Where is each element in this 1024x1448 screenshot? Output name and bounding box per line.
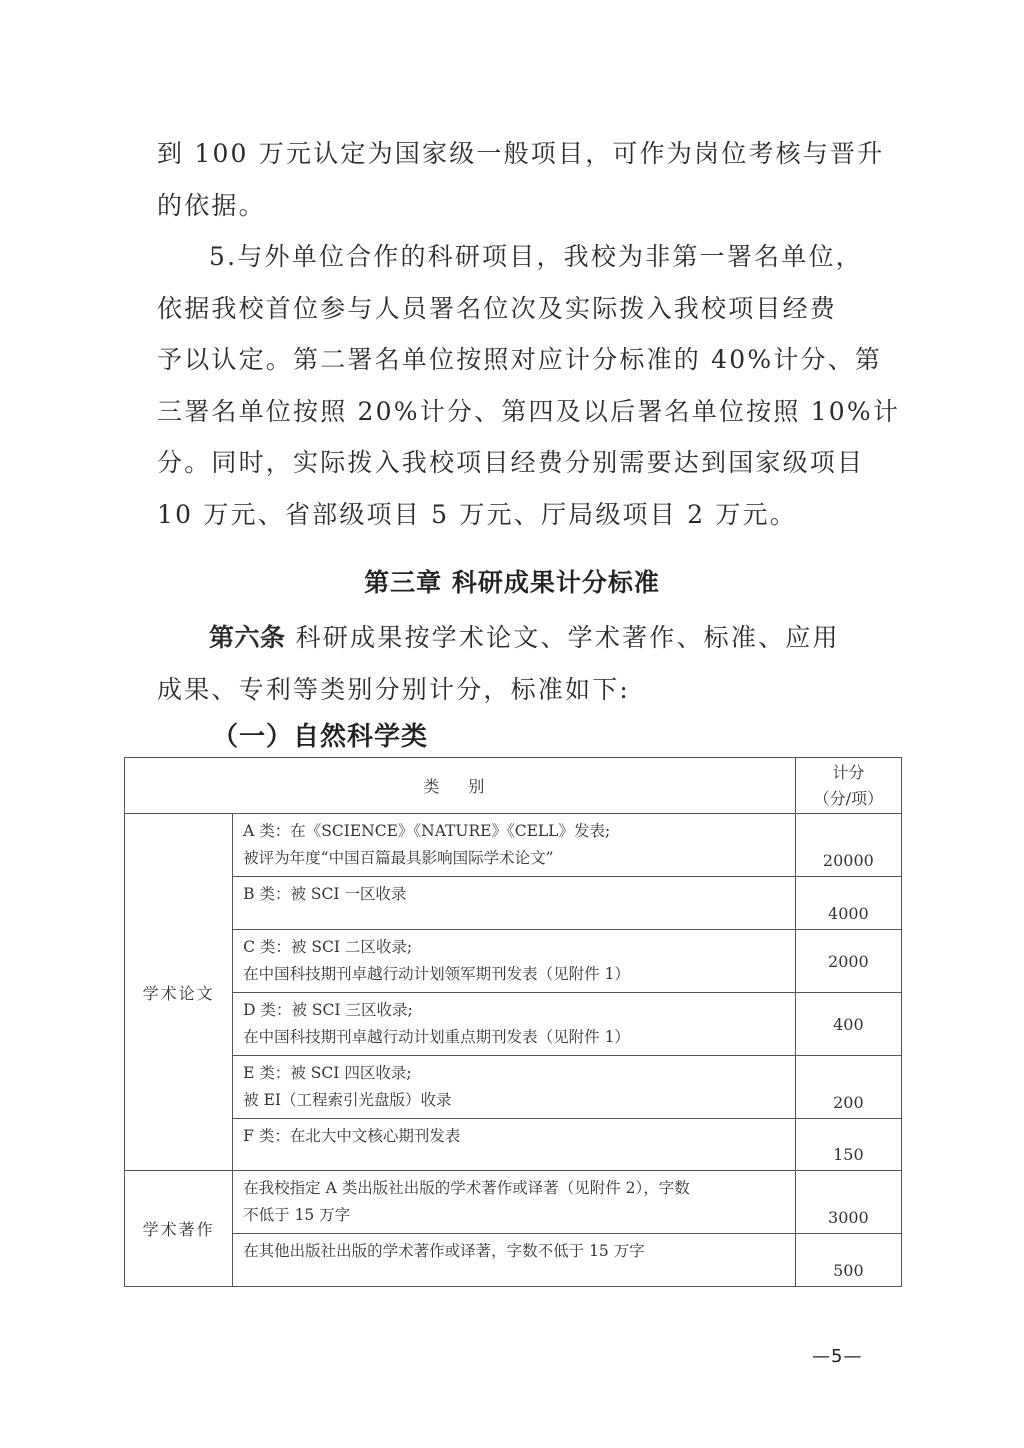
article-six: 第六条 科研成果按学术论文、学术著作、标准、应用 成果、专利等类别分别计分，标准… (157, 612, 877, 715)
page-number: —5— (812, 1346, 862, 1367)
paragraph-item-5: 5.与外单位合作的科研项目，我校为非第一署名单位， 依据我校首位参与人员署名位次… (157, 231, 877, 540)
description-cell: D 类：被 SCI 三区收录; 在中国科技期刊卓越行动计划重点期刊发表（见附件 … (233, 993, 796, 1056)
description-line: 在中国科技期刊卓越行动计划领军期刊发表（见附件 1） (243, 961, 785, 988)
text-line: 5.与外单位合作的科研项目，我校为非第一署名单位， (157, 231, 877, 283)
table-row: 学术著作 在我校指定 A 类出版社出版的学术著作或译著（见附件 2），字数 不低… (125, 1171, 902, 1234)
score-cell: 3000 (795, 1171, 901, 1234)
score-cell: 20000 (795, 814, 901, 877)
header-score-line: 计分 (796, 760, 901, 786)
article-text: 成果、专利等类别分别计分，标准如下: (157, 664, 877, 716)
category-cell: 学术论文 (125, 814, 233, 1171)
paragraph-continuation: 到 100 万元认定为国家级一般项目，可作为岗位考核与晋升 的依据。 (157, 128, 877, 231)
text-line: 三署名单位按照 20%计分、第四及以后署名单位按照 10%计 (157, 386, 877, 438)
score-cell: 150 (795, 1119, 901, 1171)
header-category: 类 别 (125, 758, 796, 814)
table-row: E 类：被 SCI 四区收录; 被 EI（工程索引光盘版）收录 200 (125, 1056, 902, 1119)
description-cell: C 类：被 SCI 二区收录; 在中国科技期刊卓越行动计划领军期刊发表（见附件 … (233, 930, 796, 993)
score-cell: 400 (795, 993, 901, 1056)
description-cell: 在我校指定 A 类出版社出版的学术著作或译著（见附件 2），字数 不低于 15 … (233, 1171, 796, 1234)
table-row: 在其他出版社出版的学术著作或译著，字数不低于 15 万字 500 (125, 1234, 902, 1287)
description-cell: E 类：被 SCI 四区收录; 被 EI（工程索引光盘版）收录 (233, 1056, 796, 1119)
text-line: 到 100 万元认定为国家级一般项目，可作为岗位考核与晋升 (157, 128, 877, 180)
table-header-row: 类 别 计分 （分/项） (125, 758, 902, 814)
section-title: （一）自然科学类 (212, 716, 428, 753)
description-cell: F 类：在北大中文核心期刊发表 (233, 1119, 796, 1171)
text-line: 分。同时，实际拨入我校项目经费分别需要达到国家级项目 (157, 437, 877, 489)
description-line: 在中国科技期刊卓越行动计划重点期刊发表（见附件 1） (243, 1024, 785, 1051)
description-line: E 类：被 SCI 四区收录; (243, 1060, 785, 1087)
description-line: D 类：被 SCI 三区收录; (243, 997, 785, 1024)
score-cell: 4000 (795, 877, 901, 930)
description-cell: 在其他出版社出版的学术著作或译著，字数不低于 15 万字 (233, 1234, 796, 1287)
table-row: C 类：被 SCI 二区收录; 在中国科技期刊卓越行动计划领军期刊发表（见附件 … (125, 930, 902, 993)
text-line: 依据我校首位参与人员署名位次及实际拨入我校项目经费 (157, 283, 877, 335)
description-line: 在其他出版社出版的学术著作或译著，字数不低于 15 万字 (243, 1238, 785, 1265)
score-cell: 200 (795, 1056, 901, 1119)
description-line: F 类：在北大中文核心期刊发表 (243, 1123, 785, 1150)
category-cell: 学术著作 (125, 1171, 233, 1287)
table-row: B 类：被 SCI 一区收录 4000 (125, 877, 902, 930)
table-row: F 类：在北大中文核心期刊发表 150 (125, 1119, 902, 1171)
description-line: 不低于 15 万字 (243, 1202, 785, 1229)
description-line: 被评为年度“中国百篇最具影响国际学术论文” (243, 845, 785, 872)
text-line: 10 万元、省部级项目 5 万元、厅局级项目 2 万元。 (157, 489, 877, 541)
description-line: A 类：在《SCIENCE》《NATURE》《CELL》发表; (243, 818, 785, 845)
chapter-title: 第三章 科研成果计分标准 (0, 563, 1024, 599)
description-line: 被 EI（工程索引光盘版）收录 (243, 1087, 785, 1114)
table-row: D 类：被 SCI 三区收录; 在中国科技期刊卓越行动计划重点期刊发表（见附件 … (125, 993, 902, 1056)
description-cell: B 类：被 SCI 一区收录 (233, 877, 796, 930)
header-score-unit: （分/项） (796, 786, 901, 812)
description-cell: A 类：在《SCIENCE》《NATURE》《CELL》发表; 被评为年度“中国… (233, 814, 796, 877)
score-cell: 2000 (795, 930, 901, 993)
scoring-table: 类 别 计分 （分/项） 学术论文 A 类：在《SCIENCE》《NATURE》… (124, 757, 902, 1287)
score-cell: 500 (795, 1234, 901, 1287)
text-line: 予以认定。第二署名单位按照对应计分标准的 40%计分、第 (157, 334, 877, 386)
description-line: C 类：被 SCI 二区收录; (243, 934, 785, 961)
description-line: B 类：被 SCI 一区收录 (243, 881, 785, 908)
header-score: 计分 （分/项） (795, 758, 901, 814)
table-row: 学术论文 A 类：在《SCIENCE》《NATURE》《CELL》发表; 被评为… (125, 814, 902, 877)
article-text: 科研成果按学术论文、学术著作、标准、应用 (286, 623, 840, 652)
description-line: 在我校指定 A 类出版社出版的学术著作或译著（见附件 2），字数 (243, 1175, 785, 1202)
article-label: 第六条 (209, 623, 286, 652)
text-line: 的依据。 (157, 180, 877, 232)
